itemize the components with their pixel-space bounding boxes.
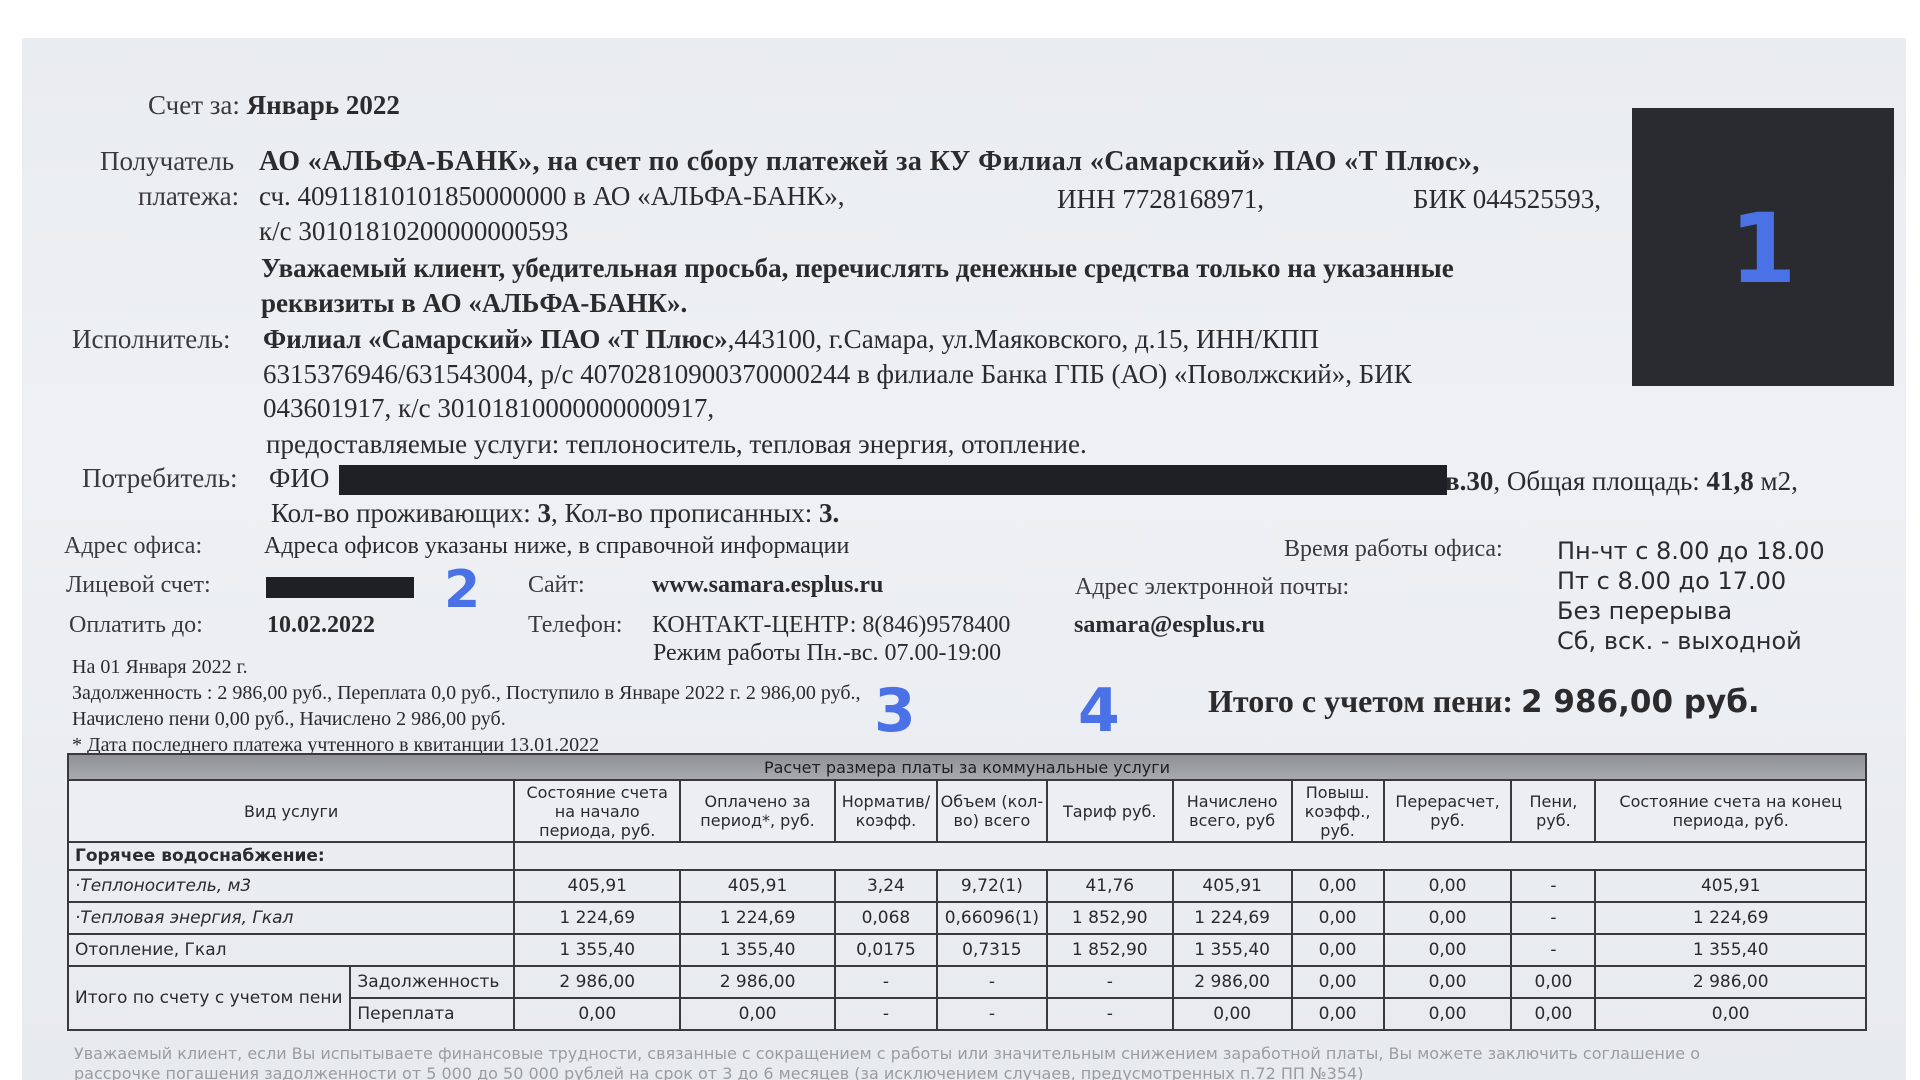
consumer-residents: Кол-во проживающих: 3, Кол-во прописанны… <box>271 498 839 529</box>
office-hours: Пн-чт с 8.00 до 18.00 Пт с 8.00 до 17.00… <box>1557 536 1825 656</box>
cell-recalc: 0,00 <box>1384 998 1512 1030</box>
footer-line-2: рассрочке погашения задолженности от 5 0… <box>74 1064 1700 1080</box>
cell-paid: 1 224,69 <box>680 902 835 934</box>
cell-norm: - <box>835 966 937 998</box>
cell-recalc: 0,00 <box>1384 966 1512 998</box>
redacted-personal-account <box>266 577 414 598</box>
office-address-label: Адрес офиса: <box>64 533 202 560</box>
executor-line-4: предоставляемые услуги: теплоноситель, т… <box>266 429 1087 460</box>
cell-penalty: - <box>1511 902 1595 934</box>
bill-period: Счет за: Январь 2022 <box>148 90 400 121</box>
site-label: Сайт: <box>528 572 585 599</box>
office-hours-line: Без перерыва <box>1557 596 1825 626</box>
cell-paid: 405,91 <box>680 870 835 902</box>
bill-period-value: Январь 2022 <box>247 90 400 120</box>
col-header-charged: Начислено всего, руб <box>1173 780 1292 842</box>
site-link[interactable]: www.samara.esplus.ru <box>652 572 883 599</box>
col-header-start-balance: Состояние счета на начало периода, руб. <box>514 780 680 842</box>
phone-value: КОНТАКТ-ЦЕНТР: 8(846)9578400 <box>652 612 1010 639</box>
balance-line-1: Задолженность : 2 986,00 руб., Переплата… <box>72 680 861 706</box>
office-hours-label: Время работы офиса: <box>1284 536 1503 563</box>
cell-charged: 1 355,40 <box>1173 934 1292 966</box>
recipient-bik: БИК 044525593, <box>1413 184 1601 215</box>
recipient-inn: ИНН 7728168971, <box>1057 184 1264 215</box>
cell-paid: 1 355,40 <box>680 934 835 966</box>
residents-label: Кол-во проживающих: <box>271 498 531 528</box>
cell-tariff: 1 852,90 <box>1047 902 1173 934</box>
recipient-notice-1: Уважаемый клиент, убедительная просьба, … <box>261 253 1454 284</box>
consumer-area-value: 41,8 <box>1707 466 1754 496</box>
phone-label: Телефон: <box>528 612 622 639</box>
personal-account-label: Лицевой счет: <box>66 572 211 599</box>
cell-penalty: 0,00 <box>1511 966 1595 998</box>
cell-service: ·Тепловая энергия, Гкал <box>68 902 514 934</box>
col-header-norm: Норматив/ коэфф. <box>835 780 937 842</box>
consumer-area: в.30, Общая площадь: 41,8 м2, <box>1445 466 1798 497</box>
cell-service: ·Теплоноситель, м3 <box>68 870 514 902</box>
cell-start: 0,00 <box>514 998 680 1030</box>
cell-volume: - <box>937 998 1047 1030</box>
cell-penalty: - <box>1511 934 1595 966</box>
cell-end: 0,00 <box>1595 998 1866 1030</box>
balance-line-2: Начислено пени 0,00 руб., Начислено 2 98… <box>72 706 861 732</box>
cell-tariff: - <box>1047 998 1173 1030</box>
charges-table: Расчет размера платы за коммунальные усл… <box>67 753 1867 1031</box>
col-header-service: Вид услуги <box>68 780 514 842</box>
cell-end: 2 986,00 <box>1595 966 1866 998</box>
cell-penalty: - <box>1511 870 1595 902</box>
cell-total-label: Итого по счету с учетом пени <box>68 966 350 1030</box>
cell-charged: 0,00 <box>1173 998 1292 1030</box>
footer-note: Уважаемый клиент, если Вы испытываете фи… <box>74 1044 1700 1080</box>
office-address-value: Адреса офисов указаны ниже, в справочной… <box>264 533 849 560</box>
cell-start: 1 224,69 <box>514 902 680 934</box>
col-header-tariff: Тариф руб. <box>1047 780 1173 842</box>
consumer-apartment: в.30 <box>1445 466 1493 496</box>
recipient-notice-2: реквизиты в АО «АЛЬФА-БАНК». <box>261 288 687 319</box>
marker-1: 1 <box>1632 193 1894 305</box>
table-total-row: Итого по счету с учетом пени Задолженнос… <box>68 966 1866 998</box>
col-header-penalty: Пени, руб. <box>1511 780 1595 842</box>
balance-block: На 01 Января 2022 г. Задолженность : 2 9… <box>72 654 861 758</box>
group-hot-water: Горячее водоснабжение: <box>68 842 514 870</box>
cell-recalc: 0,00 <box>1384 934 1512 966</box>
cell-charged: 405,91 <box>1173 870 1292 902</box>
cell-charged: 2 986,00 <box>1173 966 1292 998</box>
consumer-label: Потребитель: <box>82 463 238 494</box>
cell-volume: 0,66096(1) <box>937 902 1047 934</box>
executor-line-3: 043601917, к/с 30101810000000000917, <box>263 393 714 424</box>
cell-total-kind: Задолженность <box>350 966 514 998</box>
cell-recalc: 0,00 <box>1384 870 1512 902</box>
executor-name: Филиал «Самарский» ПАО «Т Плюс» <box>263 324 728 354</box>
cell-norm: 3,24 <box>835 870 937 902</box>
total-with-penalty: Итого с учетом пени: 2 986,00 руб. <box>1208 683 1760 720</box>
balance-as-of: На 01 Января 2022 г. <box>72 654 861 680</box>
cell-charged: 1 224,69 <box>1173 902 1292 934</box>
office-hours-line: Пн-чт с 8.00 до 18.00 <box>1557 536 1825 566</box>
consumer-area-unit: м2, <box>1761 466 1798 496</box>
cell-service: Отопление, Гкал <box>68 934 514 966</box>
bill-period-label: Счет за: <box>148 90 240 120</box>
group-empty <box>514 842 1866 870</box>
cell-volume: 0,7315 <box>937 934 1047 966</box>
recipient-corr-account: к/с 30101810200000000593 <box>259 216 568 247</box>
cell-coef: 0,00 <box>1292 966 1384 998</box>
cell-coef: 0,00 <box>1292 902 1384 934</box>
total-label: Итого с учетом пени: <box>1208 683 1513 719</box>
office-hours-line: Пт с 8.00 до 17.00 <box>1557 566 1825 596</box>
pay-by-value: 10.02.2022 <box>267 612 375 639</box>
cell-paid: 0,00 <box>680 998 835 1030</box>
marker-4: 4 <box>1078 676 1120 746</box>
cell-tariff: 41,76 <box>1047 870 1173 902</box>
cell-recalc: 0,00 <box>1384 902 1512 934</box>
recipient-label: Получатель <box>100 146 234 177</box>
cell-start: 1 355,40 <box>514 934 680 966</box>
recipient-label-2: платежа: <box>138 181 239 212</box>
cell-end: 1 224,69 <box>1595 902 1866 934</box>
cell-coef: 0,00 <box>1292 870 1384 902</box>
executor-line-2: 6315376946/631543004, р/с 40702810900370… <box>263 359 1412 390</box>
recipient-name: АО «АЛЬФА-БАНК», на счет по сбору платеж… <box>259 146 1480 178</box>
col-header-end-balance: Состояние счета на конец периода, руб. <box>1595 780 1866 842</box>
cell-end: 1 355,40 <box>1595 934 1866 966</box>
table-caption: Расчет размера платы за коммунальные усл… <box>68 754 1866 780</box>
cell-coef: 0,00 <box>1292 998 1384 1030</box>
recipient-account: сч. 40911810101850000000 в АО «АЛЬФА-БАН… <box>259 181 845 212</box>
executor-line-1: Филиал «Самарский» ПАО «Т Плюс»,443100, … <box>263 324 1319 355</box>
cell-penalty: 0,00 <box>1511 998 1595 1030</box>
registered-label: , Кол-во прописанных: <box>551 498 812 528</box>
cell-norm: - <box>835 998 937 1030</box>
registered-value: 3. <box>819 498 839 528</box>
pay-by-label: Оплатить до: <box>69 612 203 639</box>
office-hours-line: Сб, вск. - выходной <box>1557 626 1825 656</box>
cell-end: 405,91 <box>1595 870 1866 902</box>
cell-coef: 0,00 <box>1292 934 1384 966</box>
cell-volume: - <box>937 966 1047 998</box>
redacted-qr-box: 1 <box>1632 108 1894 386</box>
consumer-fio-label: ФИО <box>269 463 329 494</box>
cell-start: 405,91 <box>514 870 680 902</box>
total-value: 2 986,00 руб. <box>1521 684 1760 720</box>
marker-2: 2 <box>444 560 480 620</box>
marker-3: 3 <box>874 676 916 746</box>
table-row: ·Теплоноситель, м3 405,91 405,91 3,24 9,… <box>68 870 1866 902</box>
col-header-recalc: Перерасчет, руб. <box>1384 780 1512 842</box>
cell-total-kind: Переплата <box>350 998 514 1030</box>
residents-value: 3 <box>538 498 552 528</box>
consumer-area-label: , Общая площадь: <box>1493 466 1699 496</box>
col-header-volume: Объем (кол-во) всего <box>937 780 1047 842</box>
cell-tariff: 1 852,90 <box>1047 934 1173 966</box>
cell-norm: 0,0175 <box>835 934 937 966</box>
table-row: ·Тепловая энергия, Гкал 1 224,69 1 224,6… <box>68 902 1866 934</box>
cell-volume: 9,72(1) <box>937 870 1047 902</box>
cell-start: 2 986,00 <box>514 966 680 998</box>
col-header-coef: Повыш. коэфф., руб. <box>1292 780 1384 842</box>
table-row: Отопление, Гкал 1 355,40 1 355,40 0,0175… <box>68 934 1866 966</box>
cell-paid: 2 986,00 <box>680 966 835 998</box>
redacted-consumer-name <box>339 465 1447 495</box>
cell-norm: 0,068 <box>835 902 937 934</box>
executor-label: Исполнитель: <box>72 324 231 355</box>
email-link[interactable]: samara@esplus.ru <box>1074 612 1265 639</box>
footer-line-1: Уважаемый клиент, если Вы испытываете фи… <box>74 1044 1700 1064</box>
col-header-paid: Оплачено за период*, руб. <box>680 780 835 842</box>
executor-address: ,443100, г.Самара, ул.Маяковского, д.15,… <box>728 324 1319 354</box>
email-label: Адрес электронной почты: <box>1075 574 1349 601</box>
cell-tariff: - <box>1047 966 1173 998</box>
